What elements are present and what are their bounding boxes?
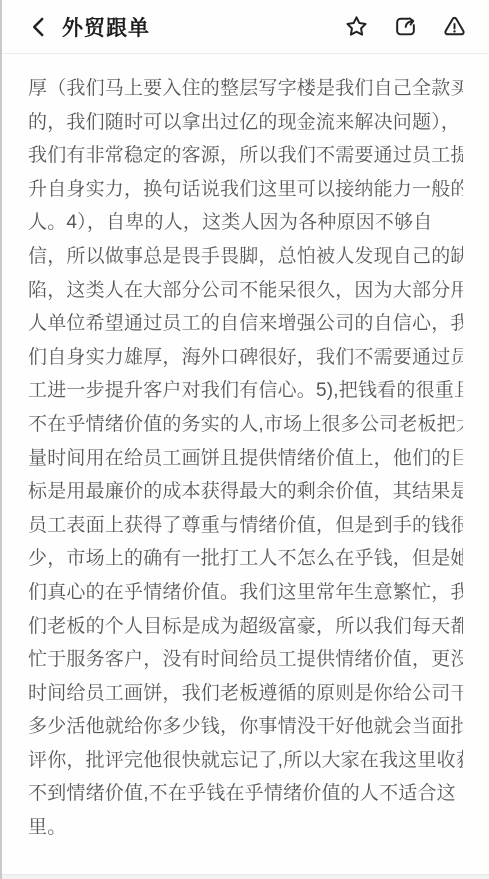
text-line: 里。 xyxy=(28,811,463,845)
text-line: 人。4），自卑的人，这类人因为各种原因不够自 xyxy=(28,206,463,240)
share-button[interactable] xyxy=(392,14,418,40)
chevron-left-icon xyxy=(27,15,51,39)
text-line: 的，我们随时可以拿出过亿的现金流来解决问题）， xyxy=(28,106,463,140)
warning-icon xyxy=(442,14,467,39)
text-line: 们真心的在乎情绪价值。我们这里常年生意繁忙，我 xyxy=(28,576,463,610)
navbar: 外贸跟单 xyxy=(2,0,489,54)
bottom-divider xyxy=(2,874,489,879)
navbar-actions xyxy=(320,14,467,40)
favorite-button[interactable] xyxy=(343,14,369,40)
text-line: 标是用最廉价的成本获得最大的剩余价值，其结果是 xyxy=(28,475,463,509)
text-line: 人单位希望通过员工的自信来增强公司的自信心，我 xyxy=(28,307,463,341)
text-line: 少，市场上的确有一批打工人不怎么在乎钱，但是她 xyxy=(28,542,463,576)
text-line: 员工表面上获得了尊重与情绪价值，但是到手的钱很 xyxy=(28,509,463,543)
text-line: 们老板的个人目标是成为超级富豪，所以我们每天都 xyxy=(28,610,463,644)
text-line: 们自身实力雄厚，海外口碑很好，我们不需要通过员 xyxy=(28,341,463,375)
text-line: 评你，批评完他很快就忘记了,所以大家在我这里收获 xyxy=(28,744,463,778)
article-scroll-area[interactable]: 厚（我们马上要入住的整层写字楼是我们自己全款买的，我们随时可以拿出过亿的现金流来… xyxy=(2,54,489,845)
page-title: 外贸跟单 xyxy=(62,12,150,42)
report-button[interactable] xyxy=(441,14,467,40)
text-line: 厚（我们马上要入住的整层写字楼是我们自己全款买 xyxy=(28,72,463,106)
text-line: 我们有非常稳定的客源，所以我们不需要通过员工提 xyxy=(28,139,463,173)
text-line: 信，所以做事总是畏手畏脚，总怕被人发现自己的缺 xyxy=(28,240,463,274)
app-screen: 外贸跟单 xyxy=(0,0,489,879)
text-line: 时间给员工画饼，我们老板遵循的原则是你给公司干 xyxy=(28,677,463,711)
text-line: 量时间用在给员工画饼且提供情绪价值上，他们的目 xyxy=(28,442,463,476)
navbar-left: 外贸跟单 xyxy=(26,12,150,42)
text-line: 多少活他就给你多少钱，你事情没干好他就会当面批 xyxy=(28,710,463,744)
text-line: 陷，这类人在大部分公司不能呆很久，因为大部分用 xyxy=(28,274,463,308)
back-button[interactable] xyxy=(26,14,52,40)
text-line: 不在乎情绪价值的务实的人,市场上很多公司老板把大 xyxy=(28,408,463,442)
star-icon xyxy=(344,14,369,39)
text-line: 升自身实力，换句话说我们这里可以接纳能力一般的 xyxy=(28,173,463,207)
text-line: 不到情绪价值,不在乎钱在乎情绪价值的人不适合这 xyxy=(28,777,463,811)
share-icon xyxy=(393,14,418,39)
text-line: 忙于服务客户，没有时间给员工提供情绪价值，更没 xyxy=(28,643,463,677)
text-line: 工进一步提升客户对我们有信心。5),把钱看的很重且 xyxy=(28,374,463,408)
